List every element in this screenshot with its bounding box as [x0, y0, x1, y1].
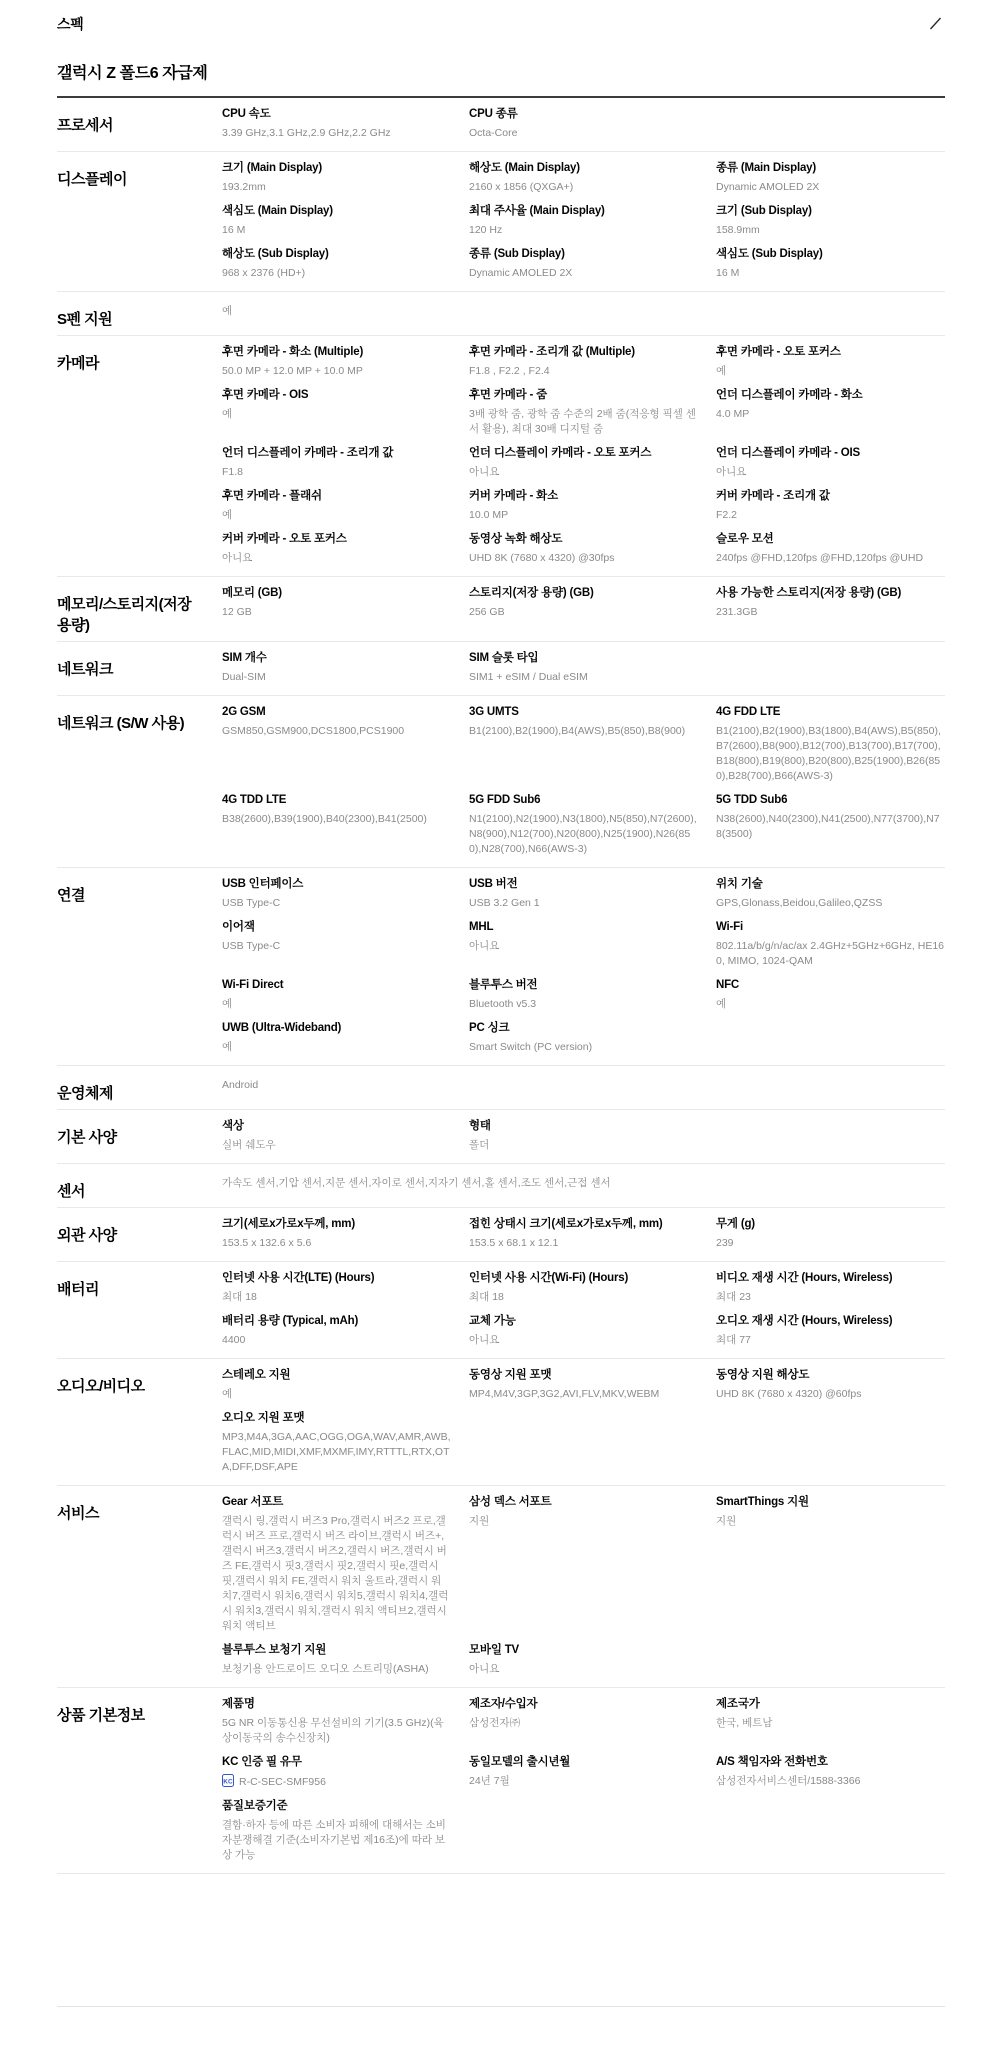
- spec-item-value: 예: [222, 508, 451, 523]
- spec-item: 위치 기술GPS,Glonass,Beidou,Galileo,QZSS: [716, 873, 945, 916]
- spec-page: 스펙 갤럭시 Z 폴드6 자급제 프로세서CPU 속도3.39 GHz,3.1 …: [0, 0, 1000, 2046]
- spec-section: 오디오/비디오스테레오 지원예동영상 지원 포맷MP4,M4V,3GP,3G2,…: [57, 1359, 945, 1486]
- spec-item-label: 접힌 상태시 크기(세로x가로x두께, mm): [469, 1217, 698, 1231]
- section-items: 후면 카메라 - 화소 (Multiple)50.0 MP + 12.0 MP …: [222, 341, 945, 571]
- spec-item: 크기(세로x가로x두께, mm)153.5 x 132.6 x 5.6: [222, 1213, 451, 1256]
- spec-item-value: 갤럭시 링,갤럭시 버즈3 Pro,갤럭시 버즈2 프로,갤럭시 버즈 프로,갤…: [222, 1514, 451, 1634]
- spec-item: 커버 카메라 - 오토 포커스아니요: [222, 528, 451, 571]
- spec-item: 삼성 덱스 서포트지원: [469, 1491, 698, 1639]
- spec-item-value: USB Type-C: [222, 896, 451, 911]
- spec-item-value: 50.0 MP + 12.0 MP + 10.0 MP: [222, 364, 451, 379]
- spec-item-value: 4400: [222, 1333, 451, 1348]
- spec-item-value: 아니요: [469, 465, 698, 480]
- spec-item: 제조자/수입자삼성전자㈜: [469, 1693, 698, 1751]
- spec-section: 카메라후면 카메라 - 화소 (Multiple)50.0 MP + 12.0 …: [57, 336, 945, 577]
- spec-item-value: KCR-C-SEC-SMF956: [222, 1774, 451, 1790]
- spec-item-value: 5G NR 이동통신용 무선설비의 기기(3.5 GHz)(육상이동국의 송수신…: [222, 1716, 451, 1746]
- spec-item-label: 색심도 (Sub Display): [716, 247, 945, 261]
- spec-item-label: 스토리지(저장 용량) (GB): [469, 586, 698, 600]
- spec-item-label: 해상도 (Sub Display): [222, 247, 451, 261]
- spec-item-label: 형태: [469, 1119, 698, 1133]
- spec-item: 이어잭USB Type-C: [222, 916, 451, 974]
- spec-item: 비디오 재생 시간 (Hours, Wireless)최대 23: [716, 1267, 945, 1310]
- spec-item: 스테레오 지원예: [222, 1364, 451, 1407]
- spec-item: 인터넷 사용 시간(LTE) (Hours)최대 18: [222, 1267, 451, 1310]
- spec-item: 해상도 (Main Display)2160 x 1856 (QXGA+): [469, 157, 698, 200]
- spec-item: 제조국가한국, 베트남: [716, 1693, 945, 1751]
- spec-item-value: 231.3GB: [716, 605, 945, 620]
- section-title: 디스플레이: [57, 157, 222, 286]
- spec-item-value: 최대 77: [716, 1333, 945, 1348]
- spec-item-label: Gear 서포트: [222, 1495, 451, 1509]
- spec-item-label: 오디오 재생 시간 (Hours, Wireless): [716, 1314, 945, 1328]
- spec-item-value: B1(2100),B2(1900),B4(AWS),B5(850),B8(900…: [469, 724, 698, 739]
- section-items: 스테레오 지원예동영상 지원 포맷MP4,M4V,3GP,3G2,AVI,FLV…: [222, 1364, 945, 1480]
- spec-item: 스토리지(저장 용량) (GB)256 GB: [469, 582, 698, 625]
- spec-item: 동영상 지원 포맷MP4,M4V,3GP,3G2,AVI,FLV,MKV,WEB…: [469, 1364, 698, 1407]
- spec-item-label: 동영상 지원 해상도: [716, 1368, 945, 1382]
- spec-item-label: 동영상 녹화 해상도: [469, 532, 698, 546]
- spec-item-label: 교체 가능: [469, 1314, 698, 1328]
- spec-item: 언더 디스플레이 카메라 - 오토 포커스아니요: [469, 442, 698, 485]
- spec-item-value: 3배 광학 줌, 광학 줌 수준의 2배 줌(적응형 픽셀 센서 활용), 최대…: [469, 407, 698, 437]
- spec-item-label: Wi-Fi: [716, 920, 945, 934]
- spec-section: 프로세서CPU 속도3.39 GHz,3.1 GHz,2.9 GHz,2.2 G…: [57, 98, 945, 152]
- spec-item-value: 최대 23: [716, 1290, 945, 1305]
- spec-item-label: 동일모델의 출시년월: [469, 1755, 698, 1769]
- spec-item-value: 16 M: [222, 223, 451, 238]
- spec-item-value: 보청기용 안드로이드 오디오 스트리밍(ASHA): [222, 1662, 451, 1677]
- spec-item: 종류 (Main Display)Dynamic AMOLED 2X: [716, 157, 945, 200]
- spec-item: 언더 디스플레이 카메라 - OIS아니요: [716, 442, 945, 485]
- section-title: 상품 기본정보: [57, 1693, 222, 1868]
- spec-item: 형태폴더: [469, 1115, 698, 1158]
- spec-item-label: 후면 카메라 - 줌: [469, 388, 698, 402]
- spec-item-label: 커버 카메라 - 조리개 값: [716, 489, 945, 503]
- spec-item-value: 예: [222, 1387, 451, 1402]
- section-items: USB 인터페이스USB Type-CUSB 버전USB 3.2 Gen 1위치…: [222, 873, 945, 1060]
- spec-item: 종류 (Sub Display)Dynamic AMOLED 2X: [469, 243, 698, 286]
- spec-item-label: 색심도 (Main Display): [222, 204, 451, 218]
- spec-item-value: USB 3.2 Gen 1: [469, 896, 698, 911]
- section-items: 예: [222, 297, 945, 330]
- spec-item: 제품명5G NR 이동통신용 무선설비의 기기(3.5 GHz)(육상이동국의 …: [222, 1693, 451, 1751]
- spec-item: SIM 슬롯 타입SIM1 + eSIM / Dual eSIM: [469, 647, 698, 690]
- spec-section: 기본 사양색상실버 쉐도우형태폴더: [57, 1110, 945, 1164]
- spec-sections: 프로세서CPU 속도3.39 GHz,3.1 GHz,2.9 GHz,2.2 G…: [57, 98, 945, 1874]
- spec-item: 5G FDD Sub6N1(2100),N2(1900),N3(1800),N5…: [469, 789, 698, 862]
- spec-item-value: SIM1 + eSIM / Dual eSIM: [469, 670, 698, 685]
- spec-item-value: 256 GB: [469, 605, 698, 620]
- spec-item-label: 4G TDD LTE: [222, 793, 451, 807]
- spec-item-label: 5G TDD Sub6: [716, 793, 945, 807]
- spec-section: 디스플레이크기 (Main Display)193.2mm해상도 (Main D…: [57, 152, 945, 292]
- spec-item-label: NFC: [716, 978, 945, 992]
- spec-item: KC 인증 필 유무KCR-C-SEC-SMF956: [222, 1751, 451, 1795]
- spec-item-label: 후면 카메라 - 조리개 값 (Multiple): [469, 345, 698, 359]
- spec-item: USB 인터페이스USB Type-C: [222, 873, 451, 916]
- spec-item-label: 해상도 (Main Display): [469, 161, 698, 175]
- spec-item-value: 삼성전자서비스센터/1588-3366: [716, 1774, 945, 1789]
- spec-item-value: 실버 쉐도우: [222, 1138, 451, 1153]
- spec-item: CPU 종류Octa-Core: [469, 103, 698, 146]
- spec-item-label: 크기 (Main Display): [222, 161, 451, 175]
- spec-item-value: 12 GB: [222, 605, 451, 620]
- spec-item-label: SIM 개수: [222, 651, 451, 665]
- bottom-divider: [57, 2006, 945, 2046]
- section-title: 메모리/스토리지(저장 용량): [57, 582, 222, 636]
- spec-item-value: N1(2100),N2(1900),N3(1800),N5(850),N7(26…: [469, 812, 698, 857]
- spec-item-value: Android: [222, 1078, 451, 1093]
- spec-item-value: 10.0 MP: [469, 508, 698, 523]
- spec-item: 후면 카메라 - 오토 포커스예: [716, 341, 945, 384]
- spec-item-value: 153.5 x 68.1 x 12.1: [469, 1236, 698, 1251]
- spec-item-label: 무게 (g): [716, 1217, 945, 1231]
- spec-item: 오디오 지원 포맷MP3,M4A,3GA,AAC,OGG,OGA,WAV,AMR…: [222, 1407, 451, 1480]
- spec-item-label: MHL: [469, 920, 698, 934]
- spec-item-value: 240fps @FHD,120fps @FHD,120fps @UHD: [716, 551, 945, 566]
- spec-item-value: 예: [716, 997, 945, 1012]
- spec-item-label: 언더 디스플레이 카메라 - 화소: [716, 388, 945, 402]
- spec-item-label: 비디오 재생 시간 (Hours, Wireless): [716, 1271, 945, 1285]
- spec-item-value: UHD 8K (7680 x 4320) @30fps: [469, 551, 698, 566]
- spec-item: 인터넷 사용 시간(Wi-Fi) (Hours)최대 18: [469, 1267, 698, 1310]
- section-title: 기본 사양: [57, 1115, 222, 1158]
- spec-item-label: 품질보증기준: [222, 1799, 451, 1813]
- spec-item-value: MP4,M4V,3GP,3G2,AVI,FLV,MKV,WEBM: [469, 1387, 698, 1402]
- spec-item-value: 아니요: [469, 1333, 698, 1348]
- spec-item: 커버 카메라 - 화소10.0 MP: [469, 485, 698, 528]
- spec-item-value: 아니요: [222, 551, 451, 566]
- spec-item-label: 최대 주사율 (Main Display): [469, 204, 698, 218]
- spec-item-label: 후면 카메라 - OIS: [222, 388, 451, 402]
- section-title: 운영체제: [57, 1071, 222, 1104]
- spec-item: 커버 카메라 - 조리개 값F2.2: [716, 485, 945, 528]
- spec-item-value: N38(2600),N40(2300),N41(2500),N77(3700),…: [716, 812, 945, 842]
- spec-item-label: 블루투스 보청기 지원: [222, 1643, 451, 1657]
- spec-item-value: Dual-SIM: [222, 670, 451, 685]
- spec-item-label: 모바일 TV: [469, 1643, 698, 1657]
- svg-text:KC: KC: [223, 1779, 233, 1786]
- spec-item-value: 최대 18: [469, 1290, 698, 1305]
- spec-item: 후면 카메라 - 화소 (Multiple)50.0 MP + 12.0 MP …: [222, 341, 451, 384]
- spec-item: Android: [222, 1071, 451, 1098]
- spec-item: 언더 디스플레이 카메라 - 화소4.0 MP: [716, 384, 945, 442]
- spec-item-value: 삼성전자㈜: [469, 1716, 698, 1731]
- section-items: Gear 서포트갤럭시 링,갤럭시 버즈3 Pro,갤럭시 버즈2 프로,갤럭시…: [222, 1491, 945, 1682]
- spec-item-label: 2G GSM: [222, 705, 451, 719]
- spec-item-value: 결함·하자 등에 따른 소비자 피해에 대해서는 소비자분쟁해결 기준(소비자기…: [222, 1818, 451, 1863]
- spec-item-value: B1(2100),B2(1900),B3(1800),B4(AWS),B5(85…: [716, 724, 945, 784]
- spec-item-value: GPS,Glonass,Beidou,Galileo,QZSS: [716, 896, 945, 911]
- spec-item-label: USB 인터페이스: [222, 877, 451, 891]
- spec-item-label: UWB (Ultra-Wideband): [222, 1021, 451, 1035]
- spec-item-label: 종류 (Sub Display): [469, 247, 698, 261]
- spec-item-value-text: R-C-SEC-SMF956: [239, 1776, 326, 1788]
- spec-item: Wi-Fi Direct예: [222, 974, 451, 1017]
- spec-item-value: 153.5 x 132.6 x 5.6: [222, 1236, 451, 1251]
- spec-item-label: PC 싱크: [469, 1021, 698, 1035]
- spec-item: SmartThings 지원지원: [716, 1491, 945, 1639]
- spec-item-value: 예: [222, 997, 451, 1012]
- spec-item-label: 색상: [222, 1119, 451, 1133]
- spec-item-label: Wi-Fi Direct: [222, 978, 451, 992]
- spec-section: 운영체제Android: [57, 1066, 945, 1110]
- spec-section: 메모리/스토리지(저장 용량)메모리 (GB)12 GB스토리지(저장 용량) …: [57, 577, 945, 642]
- spec-item: 무게 (g)239: [716, 1213, 945, 1256]
- spec-item-value: UHD 8K (7680 x 4320) @60fps: [716, 1387, 945, 1402]
- spec-item-label: 슬로우 모션: [716, 532, 945, 546]
- section-items: SIM 개수Dual-SIMSIM 슬롯 타입SIM1 + eSIM / Dua…: [222, 647, 945, 690]
- spec-item-label: A/S 책임자와 전화번호: [716, 1755, 945, 1769]
- spec-item-label: SIM 슬롯 타입: [469, 651, 698, 665]
- spec-item: 슬로우 모션240fps @FHD,120fps @FHD,120fps @UH…: [716, 528, 945, 571]
- spec-item-label: 크기(세로x가로x두께, mm): [222, 1217, 451, 1231]
- spec-item-value: 아니요: [469, 1662, 698, 1677]
- section-items: 2G GSMGSM850,GSM900,DCS1800,PCS19003G UM…: [222, 701, 945, 862]
- section-title: 서비스: [57, 1491, 222, 1682]
- spec-item: SIM 개수Dual-SIM: [222, 647, 451, 690]
- spec-item: 동영상 녹화 해상도UHD 8K (7680 x 4320) @30fps: [469, 528, 698, 571]
- spec-item: Gear 서포트갤럭시 링,갤럭시 버즈3 Pro,갤럭시 버즈2 프로,갤럭시…: [222, 1491, 451, 1639]
- spec-item: 크기 (Main Display)193.2mm: [222, 157, 451, 200]
- spec-item: 동영상 지원 해상도UHD 8K (7680 x 4320) @60fps: [716, 1364, 945, 1407]
- spec-section: 연결USB 인터페이스USB Type-CUSB 버전USB 3.2 Gen 1…: [57, 868, 945, 1066]
- spec-item-label: CPU 속도: [222, 107, 451, 121]
- spec-item-value: F2.2: [716, 508, 945, 523]
- spec-item: CPU 속도3.39 GHz,3.1 GHz,2.9 GHz,2.2 GHz: [222, 103, 451, 146]
- spec-item-value: 최대 18: [222, 1290, 451, 1305]
- page-title: 스펙: [57, 14, 83, 34]
- spec-item-label: 언더 디스플레이 카메라 - 오토 포커스: [469, 446, 698, 460]
- spec-item-label: 인터넷 사용 시간(Wi-Fi) (Hours): [469, 1271, 698, 1285]
- spec-item: PC 싱크Smart Switch (PC version): [469, 1017, 698, 1060]
- spec-item-label: 종류 (Main Display): [716, 161, 945, 175]
- spec-item-value: 120 Hz: [469, 223, 698, 238]
- section-items: 크기 (Main Display)193.2mm해상도 (Main Displa…: [222, 157, 945, 286]
- spec-item-value: 아니요: [716, 465, 945, 480]
- product-name-heading: 갤럭시 Z 폴드6 자급제: [57, 60, 945, 98]
- spec-item: 모바일 TV아니요: [469, 1639, 698, 1682]
- spec-item: 해상도 (Sub Display)968 x 2376 (HD+): [222, 243, 451, 286]
- spec-item-value: Dynamic AMOLED 2X: [716, 180, 945, 195]
- section-items: CPU 속도3.39 GHz,3.1 GHz,2.9 GHz,2.2 GHzCP…: [222, 103, 945, 146]
- spec-item: 색심도 (Sub Display)16 M: [716, 243, 945, 286]
- spec-item: 오디오 재생 시간 (Hours, Wireless)최대 77: [716, 1310, 945, 1353]
- spec-item-label: 이어잭: [222, 920, 451, 934]
- spec-item: A/S 책임자와 전화번호삼성전자서비스센터/1588-3366: [716, 1751, 945, 1795]
- spec-item: 후면 카메라 - 조리개 값 (Multiple)F1.8 , F2.2 , F…: [469, 341, 698, 384]
- spec-item-label: USB 버전: [469, 877, 698, 891]
- spec-item-value: 예: [222, 1040, 451, 1055]
- accordion-toggle-button[interactable]: [926, 14, 945, 36]
- spec-item: 메모리 (GB)12 GB: [222, 582, 451, 625]
- spec-item: 색심도 (Main Display)16 M: [222, 200, 451, 243]
- section-title: 오디오/비디오: [57, 1364, 222, 1480]
- section-items: 메모리 (GB)12 GB스토리지(저장 용량) (GB)256 GB사용 가능…: [222, 582, 945, 636]
- spec-item-value: 아니요: [469, 939, 698, 954]
- spec-section: 네트워크SIM 개수Dual-SIMSIM 슬롯 타입SIM1 + eSIM /…: [57, 642, 945, 696]
- spec-item-value: 158.9mm: [716, 223, 945, 238]
- section-title: 연결: [57, 873, 222, 1060]
- kc-certification-icon: KC: [222, 1774, 234, 1787]
- spec-item-value: 가속도 센서,기압 센서,지문 센서,자이로 센서,지자기 센서,홀 센서,조도…: [222, 1176, 698, 1191]
- spec-item-label: 메모리 (GB): [222, 586, 451, 600]
- bottom-spacer: [57, 1874, 945, 2006]
- spec-item-label: 제조자/수입자: [469, 1697, 698, 1711]
- spec-item-label: 제조국가: [716, 1697, 945, 1711]
- spec-item-value: B38(2600),B39(1900),B40(2300),B41(2500): [222, 812, 451, 827]
- spec-item-label: 동영상 지원 포맷: [469, 1368, 698, 1382]
- spec-item: 블루투스 보청기 지원보청기용 안드로이드 오디오 스트리밍(ASHA): [222, 1639, 451, 1682]
- spec-item-label: 언더 디스플레이 카메라 - 조리개 값: [222, 446, 451, 460]
- spec-item: 2G GSMGSM850,GSM900,DCS1800,PCS1900: [222, 701, 451, 789]
- spec-item-label: 4G FDD LTE: [716, 705, 945, 719]
- section-title: 네트워크 (S/W 사용): [57, 701, 222, 862]
- spec-item: UWB (Ultra-Wideband)예: [222, 1017, 451, 1060]
- spec-item-value: 2160 x 1856 (QXGA+): [469, 180, 698, 195]
- spec-item: 예: [222, 297, 451, 324]
- spec-item-value: Dynamic AMOLED 2X: [469, 266, 698, 281]
- spec-item-value: 폴더: [469, 1138, 698, 1153]
- spec-item-label: 5G FDD Sub6: [469, 793, 698, 807]
- spec-section: 배터리인터넷 사용 시간(LTE) (Hours)최대 18인터넷 사용 시간(…: [57, 1262, 945, 1359]
- spec-item-value: 예: [716, 364, 945, 379]
- spec-item-label: 블루투스 버전: [469, 978, 698, 992]
- spec-section: S펜 지원예: [57, 292, 945, 336]
- spec-item-label: 크기 (Sub Display): [716, 204, 945, 218]
- section-items: 인터넷 사용 시간(LTE) (Hours)최대 18인터넷 사용 시간(Wi-…: [222, 1267, 945, 1353]
- section-title: 카메라: [57, 341, 222, 571]
- spec-item-value: F1.8 , F2.2 , F2.4: [469, 364, 698, 379]
- spec-item-value: Smart Switch (PC version): [469, 1040, 698, 1055]
- spec-item-label: 커버 카메라 - 화소: [469, 489, 698, 503]
- spec-item-value: 지원: [716, 1514, 945, 1529]
- spec-item-value: 24년 7월: [469, 1774, 698, 1789]
- spec-item-label: 스테레오 지원: [222, 1368, 451, 1382]
- section-title: 배터리: [57, 1267, 222, 1353]
- spec-item-label: 후면 카메라 - 오토 포커스: [716, 345, 945, 359]
- spec-item: 배터리 용량 (Typical, mAh)4400: [222, 1310, 451, 1353]
- section-title: 센서: [57, 1169, 222, 1202]
- spec-item-value: 239: [716, 1236, 945, 1251]
- section-items: 색상실버 쉐도우형태폴더: [222, 1115, 945, 1158]
- spec-item-value: 3.39 GHz,3.1 GHz,2.9 GHz,2.2 GHz: [222, 126, 451, 141]
- spec-item: Wi-Fi802.11a/b/g/n/ac/ax 2.4GHz+5GHz+6GH…: [716, 916, 945, 974]
- spec-item-value: MP3,M4A,3GA,AAC,OGG,OGA,WAV,AMR,AWB,FLAC…: [222, 1430, 451, 1475]
- spec-item-label: 제품명: [222, 1697, 451, 1711]
- spec-item-value: 4.0 MP: [716, 407, 945, 422]
- spec-section: 네트워크 (S/W 사용)2G GSMGSM850,GSM900,DCS1800…: [57, 696, 945, 868]
- spec-item: 색상실버 쉐도우: [222, 1115, 451, 1158]
- spec-item-value: 968 x 2376 (HD+): [222, 266, 451, 281]
- spec-item-value: GSM850,GSM900,DCS1800,PCS1900: [222, 724, 451, 739]
- spec-item-label: 후면 카메라 - 화소 (Multiple): [222, 345, 451, 359]
- section-title: 외관 사양: [57, 1213, 222, 1256]
- spec-item: MHL아니요: [469, 916, 698, 974]
- spec-item: 접힌 상태시 크기(세로x가로x두께, mm)153.5 x 68.1 x 12…: [469, 1213, 698, 1256]
- diagonal-arrow-icon: [928, 19, 943, 34]
- spec-item-value: 16 M: [716, 266, 945, 281]
- spec-item: 가속도 센서,기압 센서,지문 센서,자이로 센서,지자기 센서,홀 센서,조도…: [222, 1169, 698, 1196]
- spec-item: USB 버전USB 3.2 Gen 1: [469, 873, 698, 916]
- spec-item: 품질보증기준결함·하자 등에 따른 소비자 피해에 대해서는 소비자분쟁해결 기…: [222, 1795, 451, 1868]
- spec-item-value: 예: [222, 304, 451, 319]
- spec-item-label: 인터넷 사용 시간(LTE) (Hours): [222, 1271, 451, 1285]
- spec-item: 5G TDD Sub6N38(2600),N40(2300),N41(2500)…: [716, 789, 945, 862]
- spec-item-label: 커버 카메라 - 오토 포커스: [222, 532, 451, 546]
- spec-section: 서비스Gear 서포트갤럭시 링,갤럭시 버즈3 Pro,갤럭시 버즈2 프로,…: [57, 1486, 945, 1688]
- spec-item-value: 한국, 베트남: [716, 1716, 945, 1731]
- spec-accordion-header: 스펙: [57, 14, 945, 36]
- spec-item-value: 193.2mm: [222, 180, 451, 195]
- spec-item: 크기 (Sub Display)158.9mm: [716, 200, 945, 243]
- section-items: 제품명5G NR 이동통신용 무선설비의 기기(3.5 GHz)(육상이동국의 …: [222, 1693, 945, 1868]
- spec-item-label: KC 인증 필 유무: [222, 1755, 451, 1769]
- spec-item: 후면 카메라 - 줌3배 광학 줌, 광학 줌 수준의 2배 줌(적응형 픽셀 …: [469, 384, 698, 442]
- spec-item-label: SmartThings 지원: [716, 1495, 945, 1509]
- spec-item: 3G UMTSB1(2100),B2(1900),B4(AWS),B5(850)…: [469, 701, 698, 789]
- spec-item-label: 오디오 지원 포맷: [222, 1411, 451, 1425]
- spec-item-label: 언더 디스플레이 카메라 - OIS: [716, 446, 945, 460]
- spec-item-label: 위치 기술: [716, 877, 945, 891]
- spec-item: 동일모델의 출시년월24년 7월: [469, 1751, 698, 1795]
- spec-item: 후면 카메라 - OIS예: [222, 384, 451, 442]
- section-items: 크기(세로x가로x두께, mm)153.5 x 132.6 x 5.6접힌 상태…: [222, 1213, 945, 1256]
- spec-section: 외관 사양크기(세로x가로x두께, mm)153.5 x 132.6 x 5.6…: [57, 1208, 945, 1262]
- section-title: S펜 지원: [57, 297, 222, 330]
- spec-item: 4G TDD LTEB38(2600),B39(1900),B40(2300),…: [222, 789, 451, 862]
- spec-item: 후면 카메라 - 플래쉬예: [222, 485, 451, 528]
- spec-item-value: Bluetooth v5.3: [469, 997, 698, 1012]
- spec-item: 언더 디스플레이 카메라 - 조리개 값F1.8: [222, 442, 451, 485]
- spec-item-value: F1.8: [222, 465, 451, 480]
- spec-section: 센서가속도 센서,기압 센서,지문 센서,자이로 센서,지자기 센서,홀 센서,…: [57, 1164, 945, 1208]
- spec-item-label: CPU 종류: [469, 107, 698, 121]
- spec-item-value: 802.11a/b/g/n/ac/ax 2.4GHz+5GHz+6GHz, HE…: [716, 939, 945, 969]
- spec-item-label: 배터리 용량 (Typical, mAh): [222, 1314, 451, 1328]
- spec-item-label: 사용 가능한 스토리지(저장 용량) (GB): [716, 586, 945, 600]
- spec-item-value: 지원: [469, 1514, 698, 1529]
- spec-item-label: 후면 카메라 - 플래쉬: [222, 489, 451, 503]
- spec-item: 4G FDD LTEB1(2100),B2(1900),B3(1800),B4(…: [716, 701, 945, 789]
- spec-item: 블루투스 버전Bluetooth v5.3: [469, 974, 698, 1017]
- spec-item: 교체 가능아니요: [469, 1310, 698, 1353]
- spec-item-value: 예: [222, 407, 451, 422]
- spec-section: 상품 기본정보제품명5G NR 이동통신용 무선설비의 기기(3.5 GHz)(…: [57, 1688, 945, 1874]
- spec-item: 최대 주사율 (Main Display)120 Hz: [469, 200, 698, 243]
- section-title: 프로세서: [57, 103, 222, 146]
- spec-item-label: 3G UMTS: [469, 705, 698, 719]
- spec-item: 사용 가능한 스토리지(저장 용량) (GB)231.3GB: [716, 582, 945, 625]
- section-items: 가속도 센서,기압 센서,지문 센서,자이로 센서,지자기 센서,홀 센서,조도…: [222, 1169, 945, 1202]
- section-items: Android: [222, 1071, 945, 1104]
- spec-item-value: USB Type-C: [222, 939, 451, 954]
- spec-item-value: Octa-Core: [469, 126, 698, 141]
- spec-item-label: 삼성 덱스 서포트: [469, 1495, 698, 1509]
- section-title: 네트워크: [57, 647, 222, 690]
- spec-item: NFC예: [716, 974, 945, 1017]
